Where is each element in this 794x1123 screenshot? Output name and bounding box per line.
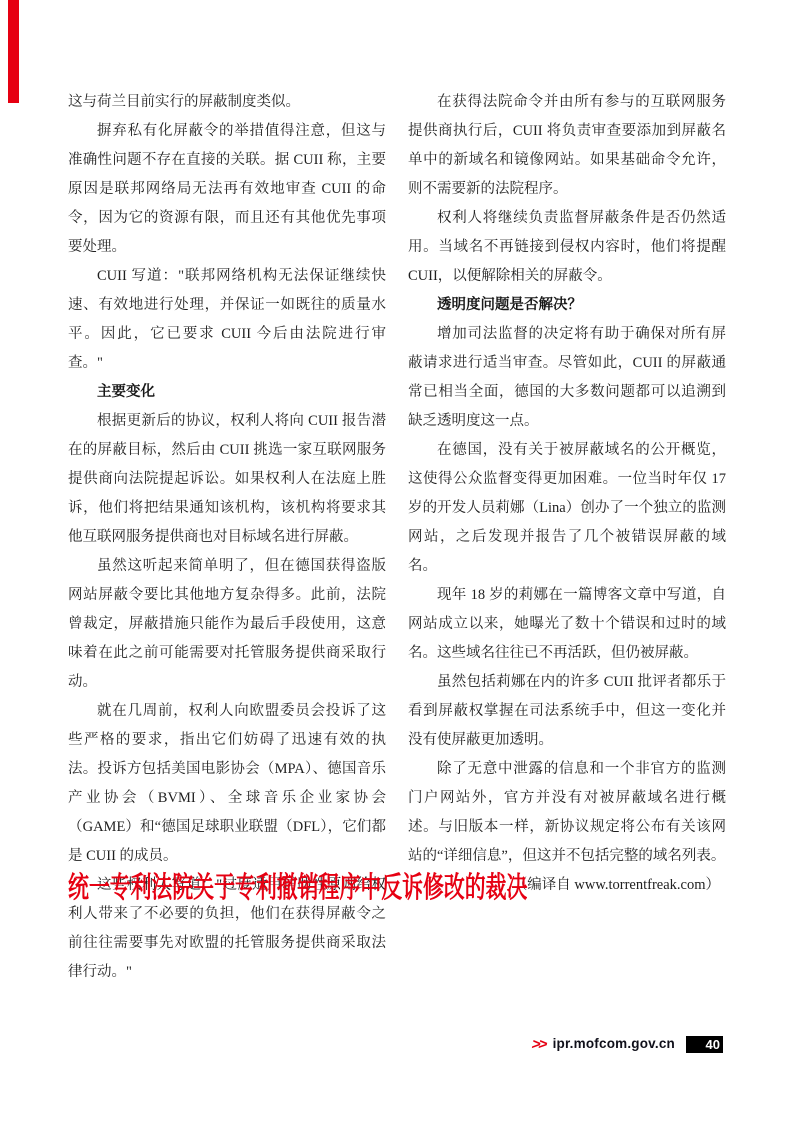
paragraph: 除了无意中泄露的信息和一个非官方的监测门户网站外，官方并没有对被屏蔽域名进行概述… bbox=[408, 755, 726, 871]
article-body: 这与荷兰目前实行的屏蔽制度类似。摒弃私有化屏蔽令的举措值得注意，但这与准确性问题… bbox=[68, 88, 726, 987]
paragraph: 就在几周前，权利人向欧盟委员会投诉了这些严格的要求，指出它们妨碍了迅速有效的执法… bbox=[68, 697, 386, 871]
paragraph: 虽然这听起来简单明了，但在德国获得盗版网站屏蔽令要比其他地方复杂得多。此前，法院… bbox=[68, 552, 386, 697]
paragraph: 这与荷兰目前实行的屏蔽制度类似。 bbox=[68, 88, 386, 117]
footer-site-url: ipr.mofcom.gov.cn bbox=[553, 1037, 675, 1051]
magazine-page: 这与荷兰目前实行的屏蔽制度类似。摒弃私有化屏蔽令的举措值得注意，但这与准确性问题… bbox=[0, 0, 794, 1123]
page-footer: >> ipr.mofcom.gov.cn 40 bbox=[532, 1035, 723, 1053]
paragraph: 在获得法院命令并由所有参与的互联网服务提供商执行后，CUII 将负责审查要添加到… bbox=[408, 88, 726, 204]
paragraph: 在德国，没有关于被屏蔽域名的公开概览，这使得公众监督变得更加困难。一位当时年仅 … bbox=[408, 436, 726, 581]
article-column-right: 在获得法院命令并由所有参与的互联网服务提供商执行后，CUII 将负责审查要添加到… bbox=[408, 88, 726, 987]
next-article-title: 统一专利法院关于专利撤销程序中反诉修改的裁决 bbox=[68, 870, 527, 906]
page-number: 40 bbox=[706, 1038, 720, 1051]
paragraph: 现年 18 岁的莉娜在一篇博客文章中写道，自网站成立以来，她曝光了数十个错误和过… bbox=[408, 581, 726, 668]
paragraph: 权利人将继续负责监督屏蔽条件是否仍然适用。当域名不再链接到侵权内容时，他们将提醒… bbox=[408, 204, 726, 291]
page-number-badge: 40 bbox=[686, 1036, 723, 1053]
paragraph: 虽然包括莉娜在内的许多 CUII 批评者都乐于看到屏蔽权掌握在司法系统手中，但这… bbox=[408, 668, 726, 755]
paragraph: 根据更新后的协议，权利人将向 CUII 报告潜在的屏蔽目标，然后由 CUII 挑… bbox=[68, 407, 386, 552]
paragraph: 增加司法监督的决定将有助于确保对所有屏蔽请求进行适当审查。尽管如此，CUII 的… bbox=[408, 320, 726, 436]
section-tab-red-bar bbox=[8, 0, 19, 103]
section-subheading: 主要变化 bbox=[68, 378, 386, 407]
section-subheading: 透明度问题是否解决？ bbox=[408, 291, 726, 320]
paragraph: 摒弃私有化屏蔽令的举措值得注意，但这与准确性问题不存在直接的关联。据 CUII … bbox=[68, 117, 386, 262]
paragraph: CUII 写道："联邦网络机构无法保证继续快速、有效地进行处理，并保证一如既往的… bbox=[68, 262, 386, 378]
double-chevron-icon: >> bbox=[530, 1037, 547, 1052]
article-column-left: 这与荷兰目前实行的屏蔽制度类似。摒弃私有化屏蔽令的举措值得注意，但这与准确性问题… bbox=[68, 88, 386, 987]
